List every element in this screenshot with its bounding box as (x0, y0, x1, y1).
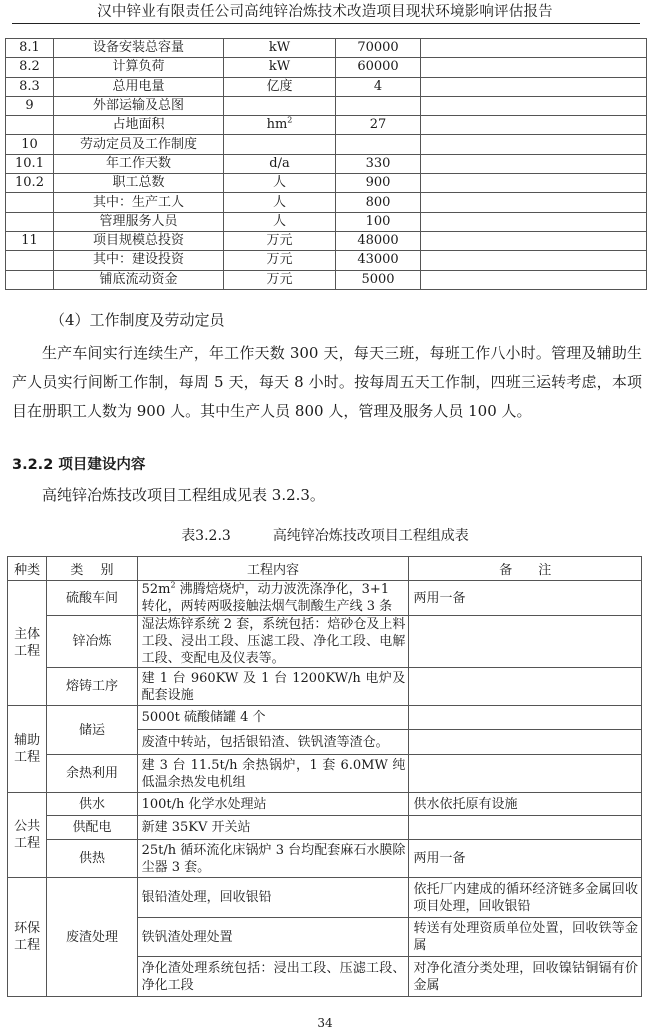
table-row: 其中：建设投资 万元 43000 (6, 251, 647, 270)
row-number (6, 212, 54, 231)
table-row: 熔铸工序 建 1 台 960KW 及 1 台 1200KW/h 电炉及配套设施 (8, 668, 642, 706)
project-composition-table: 种类 类 别 工程内容 备 注 主体工程 硫酸车间 52m2 沸腾焙烧炉，动力波… (7, 556, 642, 997)
work-system-paragraph: 生产车间实行连续生产，年工作天数 300 天，每天三班，每班工作八小时。管理及辅… (12, 339, 642, 426)
row-number (6, 251, 54, 270)
item-name: 其中：建设投资 (54, 251, 224, 270)
content-cell: 25t/h 循环流化床锅炉 3 台均配套麻石水膜除尘器 3 套。 (137, 840, 409, 878)
row-number: 9 (6, 96, 54, 115)
item-name: 管理服务人员 (54, 212, 224, 231)
row-number: 10 (6, 135, 54, 154)
group-label: 公共工程 (14, 819, 40, 851)
item-note (421, 251, 647, 270)
item-value: 100 (336, 212, 421, 231)
group-main-works: 主体工程 (8, 581, 47, 706)
item-unit: 万元 (224, 270, 336, 289)
note-cell: 两用一备 (409, 840, 642, 878)
table-row: 管理服务人员 人 100 (6, 212, 647, 231)
category-cell: 供热 (47, 840, 137, 878)
note-cell: 对净化渣分类处理，回收镍钴铜镉有价金属 (409, 957, 642, 997)
item-unit (224, 96, 336, 115)
section-heading-work-system: （4）工作制度及劳动定员 (50, 310, 630, 330)
content-cell: 建 3 台 11.5t/h 余热锅炉，1 套 6.0MW 纯低温余热发电机组 (137, 755, 409, 793)
table-caption-number: 表3.2.3 (181, 525, 231, 545)
category-cell: 供配电 (47, 816, 137, 840)
category-cell: 锌冶炼 (47, 616, 137, 668)
item-unit: 亿度 (224, 77, 336, 96)
content-cell: 5000t 硫酸储罐 4 个 (137, 706, 409, 730)
item-value (336, 135, 421, 154)
item-unit: kW (224, 58, 336, 77)
item-note (421, 231, 647, 250)
note-cell: 两用一备 (409, 581, 642, 616)
note-cell (409, 668, 642, 706)
technical-indicators-table: 8.1 设备安装总容量 kW 70000 8.2 计算负荷 kW 60000 8… (5, 38, 647, 290)
header-category: 类 别 (47, 557, 137, 581)
category-cell: 硫酸车间 (47, 581, 137, 616)
item-unit: 人 (224, 174, 336, 193)
table-header-row: 种类 类 别 工程内容 备 注 (8, 557, 642, 581)
item-unit: 万元 (224, 251, 336, 270)
document-header: 汉中锌业有限责任公司高纯锌冶炼技术改造项目现状环境影响评估报告 (0, 2, 650, 22)
item-value: 70000 (336, 39, 421, 58)
header-type: 种类 (8, 557, 47, 581)
row-number: 10.2 (6, 174, 54, 193)
header-note: 备 注 (409, 557, 642, 581)
item-name: 其中：生产工人 (54, 193, 224, 212)
group-public-works: 公共工程 (8, 793, 47, 878)
table-caption-title: 高纯锌冶炼技改项目工程组成表 (273, 525, 469, 545)
note-cell (409, 706, 642, 730)
header-rule (12, 23, 640, 24)
content-cell: 银铅渣处理，回收银铅 (137, 878, 409, 918)
item-name: 项目规模总投资 (54, 231, 224, 250)
table-row: 10.1 年工作天数 d/a 330 (6, 154, 647, 173)
item-name: 外部运输及总图 (54, 96, 224, 115)
item-value: 27 (336, 116, 421, 135)
item-note (421, 58, 647, 77)
item-value: 900 (336, 174, 421, 193)
category-cell: 废渣处理 (47, 878, 137, 997)
note-cell: 转送有处理资质单位处置，回收铁等金属 (409, 918, 642, 957)
item-unit: hm2 (224, 116, 336, 135)
unit-superscript: 2 (287, 116, 292, 125)
item-unit: d/a (224, 154, 336, 173)
note-cell (409, 816, 642, 840)
table-row: 环保工程 废渣处理 银铅渣处理，回收银铅 依托厂内建成的循环经济链多金属回收项目… (8, 878, 642, 918)
content-cell: 100t/h 化学水处理站 (137, 793, 409, 816)
item-unit: 万元 (224, 231, 336, 250)
content-cell: 新建 35KV 开关站 (137, 816, 409, 840)
group-environmental-works: 环保工程 (8, 878, 47, 997)
table-row: 8.1 设备安装总容量 kW 70000 (6, 39, 647, 58)
group-label: 主体工程 (14, 627, 40, 659)
table-row: 供热 25t/h 循环流化床锅炉 3 台均配套麻石水膜除尘器 3 套。 两用一备 (8, 840, 642, 878)
table-row: 8.2 计算负荷 kW 60000 (6, 58, 647, 77)
item-name: 年工作天数 (54, 154, 224, 173)
page-number: 34 (0, 1016, 650, 1030)
note-cell: 供水依托原有设施 (409, 793, 642, 816)
category-cell: 熔铸工序 (47, 668, 137, 706)
table-row: 公共工程 供水 100t/h 化学水处理站 供水依托原有设施 (8, 793, 642, 816)
row-number: 8.3 (6, 77, 54, 96)
category-cell: 储运 (47, 706, 137, 755)
table-row: 10.2 职工总数 人 900 (6, 174, 647, 193)
item-note (421, 193, 647, 212)
content-cell: 铁钒渣处理处置 (137, 918, 409, 957)
item-value: 48000 (336, 231, 421, 250)
content-cell: 湿法炼锌系统 2 套，系统包括：焙砂仓及上料工段、浸出工段、压滤工段、净化工段、… (137, 616, 409, 668)
item-value: 5000 (336, 270, 421, 289)
item-unit: kW (224, 39, 336, 58)
item-note (421, 212, 647, 231)
section-heading-3-2-2: 3.2.2 项目建设内容 (12, 453, 145, 474)
item-value (336, 96, 421, 115)
content-cell: 52m2 沸腾焙烧炉，动力波洗涤净化，3+1 转化，两转两吸接触法烟气制酸生产线… (137, 581, 409, 616)
item-name: 职工总数 (54, 174, 224, 193)
content-cell: 建 1 台 960KW 及 1 台 1200KW/h 电炉及配套设施 (137, 668, 409, 706)
row-number: 8.2 (6, 58, 54, 77)
table-row: 10 劳动定员及工作制度 (6, 135, 647, 154)
table-row: 其中：生产工人 人 800 (6, 193, 647, 212)
content-text: 沸腾焙烧炉，动力波洗涤净化，3+1 转化，两转两吸接触法烟气制酸生产线 3 条 (142, 582, 393, 614)
content-cell: 废渣中转站，包括银铅渣、铁钒渣等渣仓。 (137, 730, 409, 755)
group-auxiliary-works: 辅助工程 (8, 706, 47, 793)
table-row: 8.3 总用电量 亿度 4 (6, 77, 647, 96)
note-cell (409, 755, 642, 793)
row-number (6, 193, 54, 212)
table-row: 铺底流动资金 万元 5000 (6, 270, 647, 289)
item-name: 总用电量 (54, 77, 224, 96)
table-row: 供配电 新建 35KV 开关站 (8, 816, 642, 840)
section-intro-paragraph: 高纯锌冶炼技改项目工程组成见表 3.2.3。 (42, 485, 650, 505)
item-note (421, 96, 647, 115)
item-note (421, 135, 647, 154)
content-text: 52m (142, 582, 171, 597)
item-value: 800 (336, 193, 421, 212)
item-note (421, 116, 647, 135)
item-note (421, 270, 647, 289)
item-note (421, 174, 647, 193)
item-value: 43000 (336, 251, 421, 270)
group-label: 辅助工程 (14, 733, 40, 765)
category-cell: 余热利用 (47, 755, 137, 793)
category-cell: 供水 (47, 793, 137, 816)
header-content: 工程内容 (137, 557, 409, 581)
item-value: 330 (336, 154, 421, 173)
item-note (421, 39, 647, 58)
row-number (6, 270, 54, 289)
table-row: 辅助工程 储运 5000t 硫酸储罐 4 个 (8, 706, 642, 730)
content-cell: 净化渣处理系统包括：浸出工段、压滤工段、净化工段 (137, 957, 409, 997)
item-unit: 人 (224, 193, 336, 212)
item-value: 4 (336, 77, 421, 96)
item-unit: 人 (224, 212, 336, 231)
table-row: 锌冶炼 湿法炼锌系统 2 套，系统包括：焙砂仓及上料工段、浸出工段、压滤工段、净… (8, 616, 642, 668)
item-name: 计算负荷 (54, 58, 224, 77)
row-number: 8.1 (6, 39, 54, 58)
table-row: 余热利用 建 3 台 11.5t/h 余热锅炉，1 套 6.0MW 纯低温余热发… (8, 755, 642, 793)
item-name: 劳动定员及工作制度 (54, 135, 224, 154)
note-cell: 依托厂内建成的循环经济链多金属回收项目处理，回收银铅 (409, 878, 642, 918)
row-number: 11 (6, 231, 54, 250)
table-caption: 表3.2.3高纯锌冶炼技改项目工程组成表 (0, 525, 650, 545)
table-row: 9 外部运输及总图 (6, 96, 647, 115)
row-number: 10.1 (6, 154, 54, 173)
table-row: 11 项目规模总投资 万元 48000 (6, 231, 647, 250)
note-cell (409, 730, 642, 755)
item-note (421, 154, 647, 173)
item-name: 设备安装总容量 (54, 39, 224, 58)
table-row: 主体工程 硫酸车间 52m2 沸腾焙烧炉，动力波洗涤净化，3+1 转化，两转两吸… (8, 581, 642, 616)
item-value: 60000 (336, 58, 421, 77)
unit-base: hm (267, 117, 288, 132)
item-unit (224, 135, 336, 154)
item-name: 铺底流动资金 (54, 270, 224, 289)
item-name: 占地面积 (54, 116, 224, 135)
note-cell (409, 616, 642, 668)
group-label: 环保工程 (14, 921, 40, 953)
table-row: 占地面积 hm2 27 (6, 116, 647, 135)
row-number (6, 116, 54, 135)
item-note (421, 77, 647, 96)
